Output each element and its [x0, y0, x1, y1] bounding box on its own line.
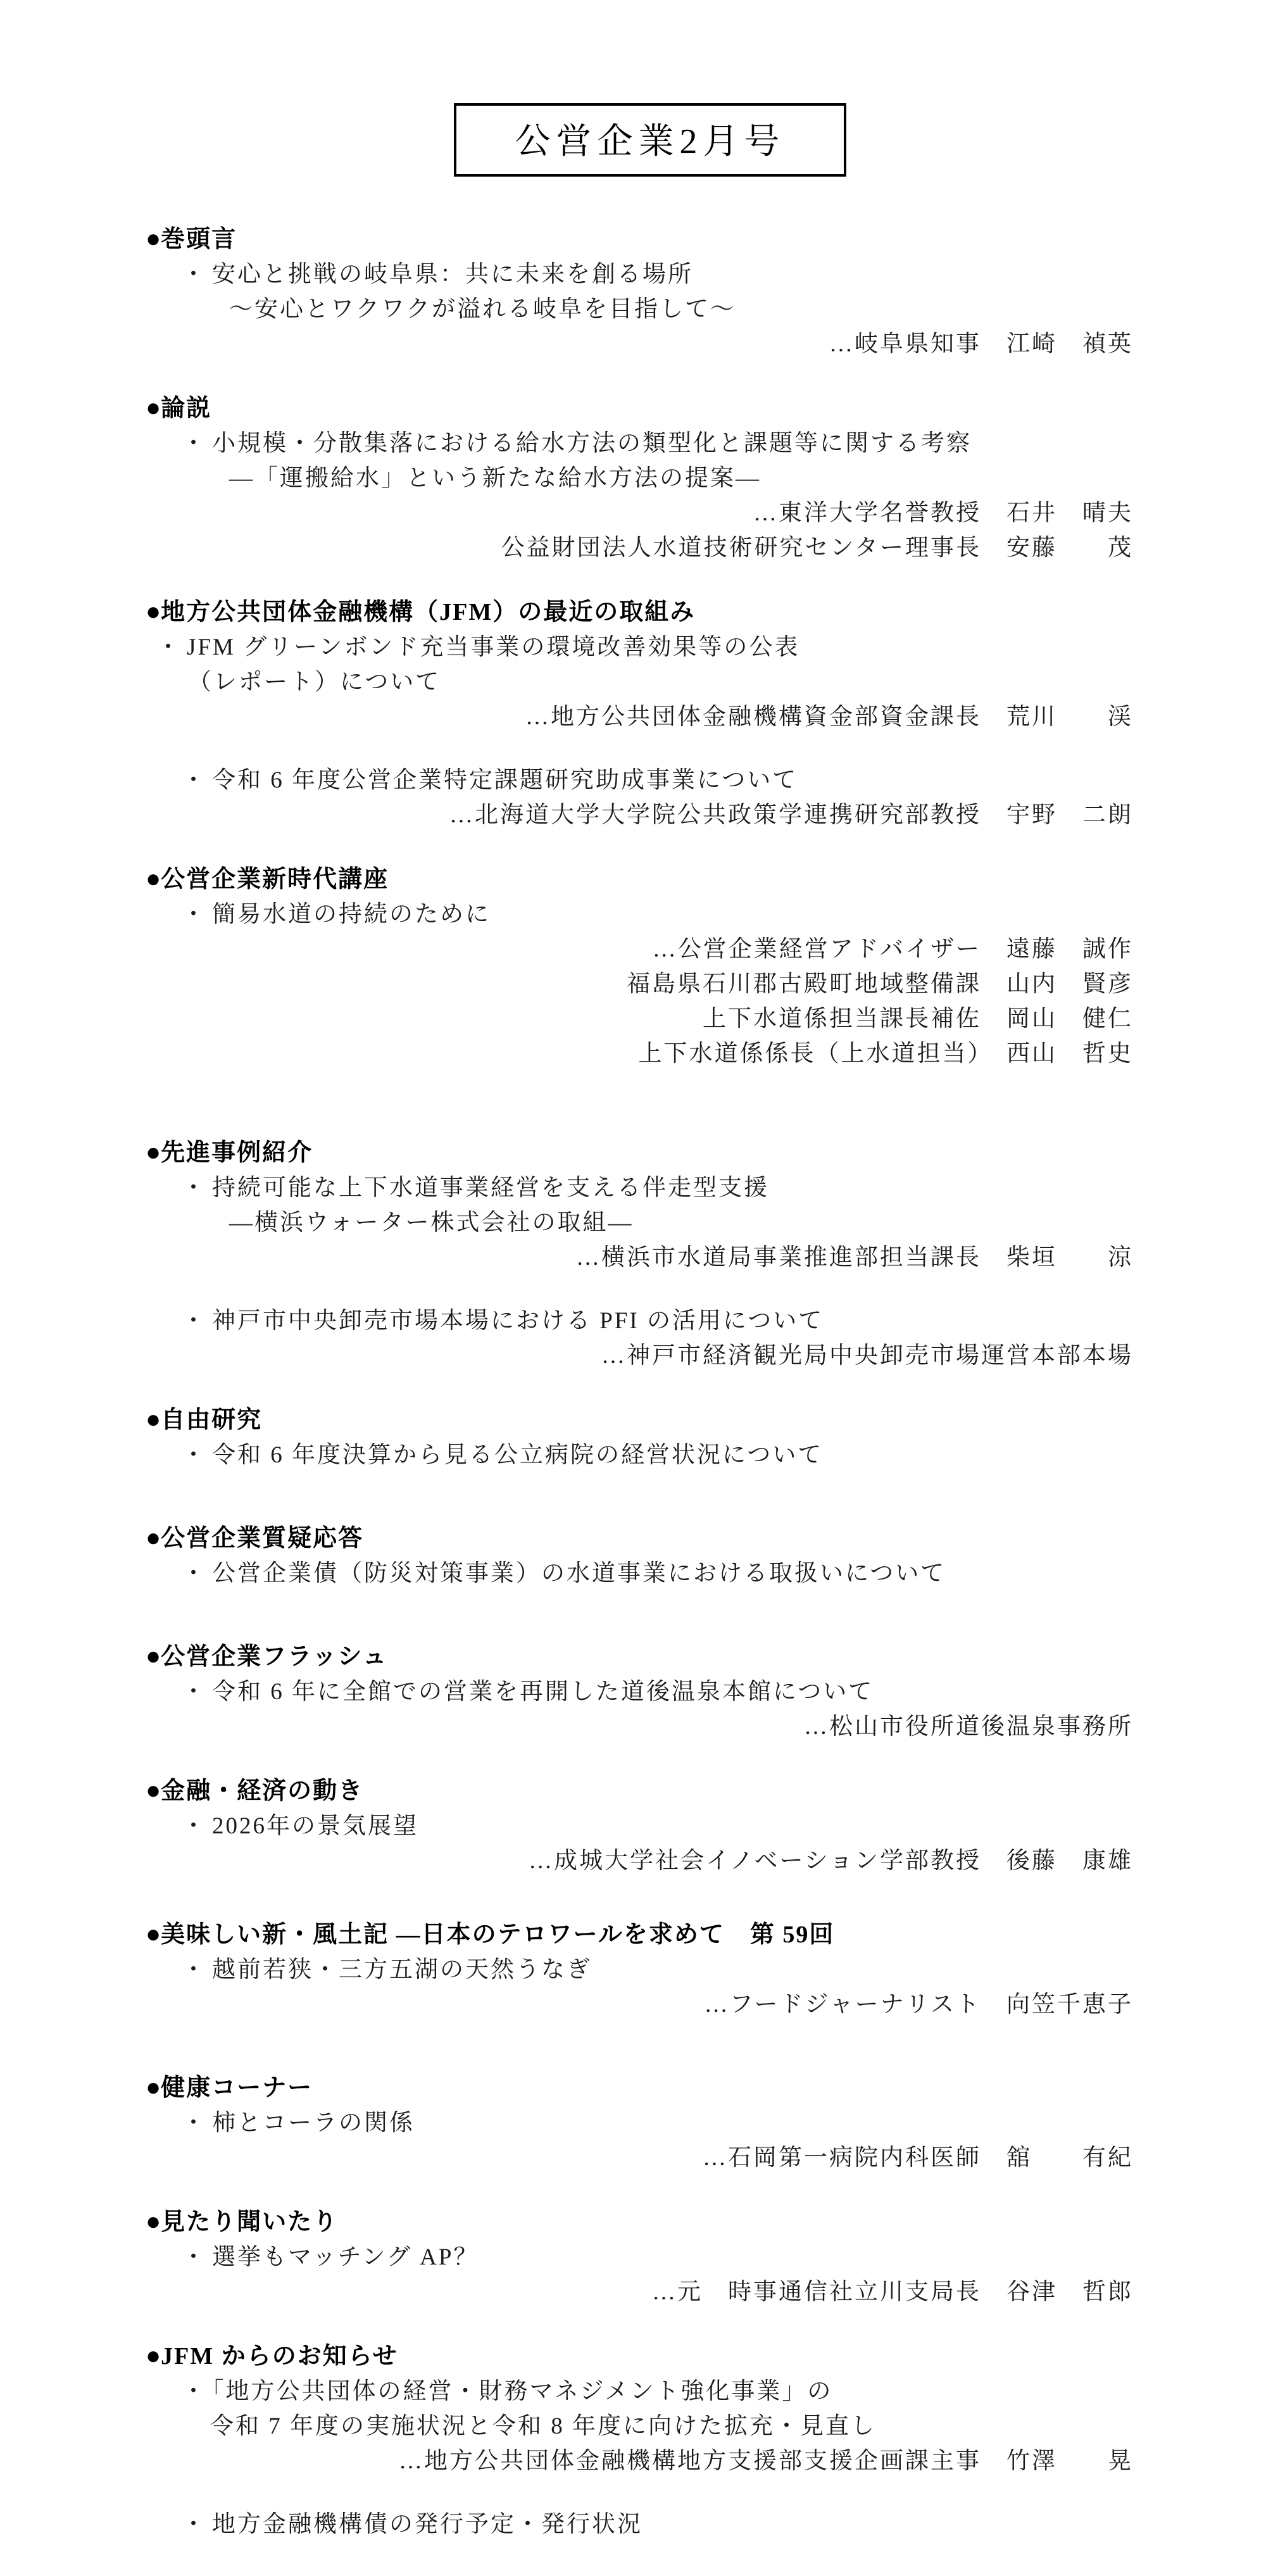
- item-title: 「地方公共団体の経営・財務マネジメント強化事業」の: [212, 2378, 832, 2404]
- item-title: 令和 6 年度公営企業特定課題研究助成事業について: [212, 767, 798, 793]
- section-title: 金融・経済の動き: [161, 1778, 363, 1804]
- item-line: ・地方金融機構債の発行予定・発行状況: [0, 2507, 1266, 2542]
- item-line: ・持続可能な上下水道事業経営を支える伴走型支援: [0, 1171, 1266, 1205]
- item-line: ・選挙もマッチング AP？: [0, 2240, 1266, 2275]
- section-title: 公営企業フラッシュ: [161, 1643, 387, 1670]
- item-title: 公営企業債（防災対策事業）の水道事業における取扱いについて: [212, 1561, 946, 1586]
- section-title: 公営企業新時代講座: [161, 866, 389, 893]
- section-bullet-icon: ●: [146, 224, 161, 253]
- item-line: ・越前若狭・三方五湖の天然うなぎ: [0, 1952, 1266, 1987]
- item-line: ・2026年の景気展望: [0, 1809, 1266, 1844]
- section-header: ●健康コーナー: [0, 2070, 1266, 2106]
- item-title: 令和 6 年に全館での営業を再開した道後温泉本館について: [212, 1679, 874, 1705]
- toc-section-jfm-oshirase: ●JFM からのお知らせ ・「地方公共団体の経営・財務マネジメント強化事業」の …: [0, 2338, 1266, 2542]
- toc-section-fudoki: ●美味しい新・風土記 ―日本のテロワールを求めて 第 59回 ・越前若狭・三方五…: [0, 1916, 1266, 2022]
- item-title: 令和 6 年度決算から見る公立病院の経営状況について: [212, 1442, 823, 1468]
- item-title: 地方金融機構債の発行予定・発行状況: [212, 2511, 642, 2537]
- magazine-title: 公営企業2月号: [515, 122, 786, 161]
- author-line: …松山市役所道後温泉事務所: [0, 1709, 1266, 1744]
- author-line: …東洋大学名誉教授 石井 晴夫: [0, 496, 1266, 531]
- section-bullet-icon: ●: [146, 393, 161, 422]
- section-title: 美味しい新・風土記 ―日本のテロワールを求めて 第 59回: [161, 1921, 834, 1948]
- toc-section-kinyu-keizai: ●金融・経済の動き ・2026年の景気展望 …成城大学社会イノベーション学部教授…: [0, 1773, 1266, 1878]
- item-line: ・公営企業債（防災対策事業）の水道事業における取扱いについて: [0, 1556, 1266, 1591]
- item-bullet-icon: ・: [182, 1175, 212, 1201]
- author-line: …神戸市経済観光局中央卸売市場運営本部本場: [0, 1338, 1266, 1373]
- section-header: ●金融・経済の動き: [0, 1773, 1266, 1809]
- section-title: 地方公共団体金融機構（JFM）の最近の取組み: [161, 599, 695, 625]
- toc-section-kenko: ●健康コーナー ・柿とコーラの関係 …石岡第一病院内科医師 舘 有紀: [0, 2070, 1266, 2175]
- item-bullet-icon: ・: [182, 2511, 212, 2537]
- author-line: …成城大学社会イノベーション学部教授 後藤 康雄: [0, 1844, 1266, 1878]
- item-title: 神戸市中央卸売市場本場における PFI の活用について: [212, 1308, 824, 1334]
- section-header: ●論説: [0, 390, 1266, 426]
- section-header: ●地方公共団体金融機構（JFM）の最近の取組み: [0, 594, 1266, 630]
- item-line: ・令和 6 年度決算から見る公立病院の経営状況について: [0, 1438, 1266, 1473]
- subtitle-line: ―横浜ウォーター株式会社の取組―: [0, 1205, 1266, 1240]
- section-header: ●自由研究: [0, 1402, 1266, 1438]
- item-line: ・令和 6 年に全館での営業を再開した道後温泉本館について: [0, 1674, 1266, 1709]
- section-bullet-icon: ●: [146, 597, 161, 625]
- author-line: 福島県石川郡古殿町地域整備課 山内 賢彦: [0, 967, 1266, 1002]
- subtitle-line: 令和 7 年度の実施状況と令和 8 年度に向けた拡充・見直し: [0, 2409, 1266, 2444]
- toc-section-shinjidai: ●公営企業新時代講座 ・簡易水道の持続のために …公営企業経営アドバイザー 遠藤…: [0, 861, 1266, 1071]
- section-bullet-icon: ●: [146, 1523, 161, 1552]
- item-bullet-icon: ・: [182, 1813, 212, 1839]
- section-title: 巻頭言: [161, 226, 237, 253]
- section-bullet-icon: ●: [146, 2073, 161, 2101]
- section-header: ●公営企業新時代講座: [0, 861, 1266, 897]
- item-title: 安心と挑戦の岐阜県：共に未来を創る場所: [212, 261, 693, 287]
- author-line: 公益財団法人水道技術研究センター理事長 安藤 茂: [0, 531, 1266, 565]
- author-line: …元 時事通信社立川支局長 谷津 哲郎: [0, 2275, 1266, 2309]
- section-header: ●美味しい新・風土記 ―日本のテロワールを求めて 第 59回: [0, 1916, 1266, 1952]
- toc-section-kantogen: ●巻頭言 ・安心と挑戦の岐阜県：共に未来を創る場所 ～安心とワクワクが溢れる岐阜…: [0, 221, 1266, 361]
- toc-section-mitari-kiitari: ●見たり聞いたり ・選挙もマッチング AP？ …元 時事通信社立川支局長 谷津 …: [0, 2204, 1266, 2309]
- item-line: ・「地方公共団体の経営・財務マネジメント強化事業」の: [0, 2374, 1266, 2409]
- section-title: 健康コーナー: [161, 2075, 313, 2101]
- item-bullet-icon: ・: [182, 2110, 212, 2136]
- item-title: 2026年の景気展望: [212, 1813, 418, 1839]
- author-line: 上下水道係担当課長補佐 岡山 健仁: [0, 1002, 1266, 1036]
- item-line: ・簡易水道の持続のために: [0, 897, 1266, 932]
- section-bullet-icon: ●: [146, 2207, 161, 2235]
- author-line: …横浜市水道局事業推進部担当課長 柴垣 涼: [0, 1240, 1266, 1275]
- item-bullet-icon: ・: [156, 634, 187, 660]
- author-line: …石岡第一病院内科医師 舘 有紀: [0, 2140, 1266, 2175]
- section-title: 公営企業質疑応答: [161, 1525, 363, 1552]
- section-bullet-icon: ●: [146, 1642, 161, 1670]
- section-bullet-icon: ●: [146, 1405, 161, 1433]
- item-bullet-icon: ・: [182, 1679, 212, 1705]
- section-bullet-icon: ●: [146, 864, 161, 893]
- item-bullet-icon: ・: [182, 2244, 212, 2270]
- subtitle-line: ―「運搬給水」という新たな給水方法の提案―: [0, 461, 1266, 496]
- section-header: ●公営企業質疑応答: [0, 1520, 1266, 1556]
- item-title: 簡易水道の持続のために: [212, 902, 491, 927]
- section-bullet-icon: ●: [146, 2341, 161, 2370]
- document-page: 公営企業2月号 ●巻頭言 ・安心と挑戦の岐阜県：共に未来を創る場所 ～安心とワク…: [0, 0, 1266, 2542]
- item-title: 選挙もマッチング AP？: [212, 2244, 479, 2270]
- section-header: ●巻頭言: [0, 221, 1266, 257]
- subtitle-line: （レポート）について: [0, 665, 1266, 700]
- section-title: 自由研究: [161, 1407, 262, 1433]
- section-title: 先進事例紹介: [161, 1140, 313, 1166]
- toc-section-ronsetsu: ●論説 ・小規模・分散集落における給水方法の類型化と課題等に関する考察 ―「運搬…: [0, 390, 1266, 565]
- author-line: …公営企業経営アドバイザー 遠藤 誠作: [0, 932, 1266, 967]
- item-line: ・柿とコーラの関係: [0, 2106, 1266, 2140]
- toc-section-flash: ●公営企業フラッシュ ・令和 6 年に全館での営業を再開した道後温泉本館について…: [0, 1638, 1266, 1744]
- item-bullet-icon: ・: [182, 2378, 212, 2404]
- section-title: 論説: [161, 395, 211, 422]
- item-line: ・JFM グリーンボンド充当事業の環境改善効果等の公表: [0, 630, 1266, 665]
- magazine-title-box: 公営企業2月号: [454, 103, 846, 177]
- author-line: …北海道大学大学院公共政策学連携研究部教授 宇野 二朗: [0, 798, 1266, 832]
- toc-section-shitsugi-oto: ●公営企業質疑応答 ・公営企業債（防災対策事業）の水道事業における取扱いについて: [0, 1520, 1266, 1591]
- section-bullet-icon: ●: [146, 1138, 161, 1166]
- section-header: ●JFM からのお知らせ: [0, 2338, 1266, 2374]
- section-title: JFM からのお知らせ: [161, 2343, 398, 2370]
- author-line: …地方公共団体金融機構地方支援部支援企画課主事 竹澤 晃: [0, 2444, 1266, 2479]
- author-line: …岐阜県知事 江崎 禎英: [0, 327, 1266, 361]
- item-title: JFM グリーンボンド充当事業の環境改善効果等の公表: [187, 634, 799, 660]
- toc-section-senshin-jirei: ●先進事例紹介 ・持続可能な上下水道事業経営を支える伴走型支援 ―横浜ウォーター…: [0, 1134, 1266, 1373]
- section-title: 見たり聞いたり: [161, 2209, 338, 2235]
- item-line: ・小規模・分散集落における給水方法の類型化と課題等に関する考察: [0, 426, 1266, 461]
- item-bullet-icon: ・: [182, 430, 212, 456]
- author-line: …フードジャーナリスト 向笠千恵子: [0, 1987, 1266, 2022]
- item-line: ・神戸市中央卸売市場本場における PFI の活用について: [0, 1304, 1266, 1338]
- item-bullet-icon: ・: [182, 1561, 212, 1586]
- toc-section-jfm-torikumi: ●地方公共団体金融機構（JFM）の最近の取組み ・JFM グリーンボンド充当事業…: [0, 594, 1266, 832]
- section-header: ●公営企業フラッシュ: [0, 1638, 1266, 1674]
- section-bullet-icon: ●: [146, 1919, 161, 1948]
- item-bullet-icon: ・: [182, 902, 212, 927]
- toc-section-jiyukenkyu: ●自由研究 ・令和 6 年度決算から見る公立病院の経営状況について: [0, 1402, 1266, 1473]
- item-bullet-icon: ・: [182, 1957, 212, 1983]
- item-bullet-icon: ・: [182, 1308, 212, 1334]
- section-header: ●先進事例紹介: [0, 1134, 1266, 1171]
- item-line: ・令和 6 年度公営企業特定課題研究助成事業について: [0, 763, 1266, 798]
- item-bullet-icon: ・: [182, 767, 212, 793]
- item-bullet-icon: ・: [182, 261, 212, 287]
- item-bullet-icon: ・: [182, 1442, 212, 1468]
- item-title: 柿とコーラの関係: [212, 2110, 415, 2136]
- item-title: 持続可能な上下水道事業経営を支える伴走型支援: [212, 1175, 769, 1201]
- author-line: 上下水道係係長（上水道担当） 西山 哲史: [0, 1036, 1266, 1071]
- item-title: 小規模・分散集落における給水方法の類型化と課題等に関する考察: [212, 430, 972, 456]
- item-line: ・安心と挑戦の岐阜県：共に未来を創る場所: [0, 257, 1266, 292]
- item-title: 越前若狭・三方五湖の天然うなぎ: [212, 1957, 592, 1983]
- section-bullet-icon: ●: [146, 1776, 161, 1804]
- author-line: …地方公共団体金融機構資金部資金課長 荒川 渓: [0, 700, 1266, 734]
- section-header: ●見たり聞いたり: [0, 2204, 1266, 2240]
- subtitle-line: ～安心とワクワクが溢れる岐阜を目指して～: [0, 292, 1266, 327]
